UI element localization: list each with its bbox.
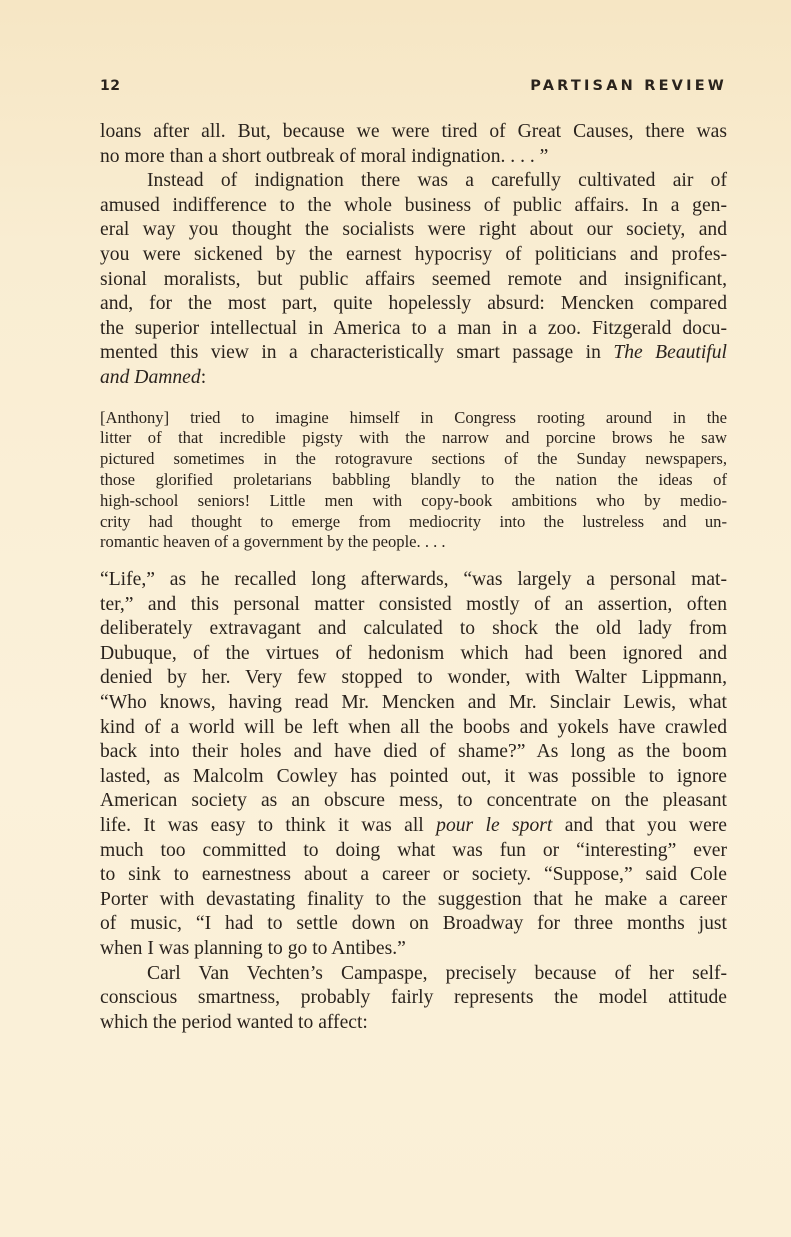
text-line: sional moralists, but public affairs see…: [100, 268, 727, 293]
running-title: PARTISAN REVIEW: [530, 78, 727, 94]
text-line: “Life,” as he recalled long afterwards, …: [100, 568, 727, 593]
text-line: much too committed to doing what was fun…: [100, 839, 727, 864]
text-line: the superior intellectual in America to …: [100, 317, 727, 342]
quote-line: pictured sometimes in the rotogravure se…: [100, 449, 727, 470]
text-line: denied by her. Very few stopped to wonde…: [100, 666, 727, 691]
page-number: 12: [100, 78, 120, 94]
text-line: “Who knows, having read Mr. Mencken and …: [100, 691, 727, 716]
quote-line: romantic heaven of a government by the p…: [100, 532, 727, 553]
text-line-with-italic: life. It was easy to think it was all po…: [100, 814, 727, 839]
text-line: kind of a world will be left when all th…: [100, 716, 727, 741]
paragraph-1: loans after all. But, because we were ti…: [100, 120, 727, 169]
quote-line: litter of that incredible pigsty with th…: [100, 428, 727, 449]
book-title-italic: and Damned: [100, 367, 201, 388]
paragraph-4: Carl Van Vechten’s Campaspe, precisely b…: [100, 962, 727, 1036]
text-fragment: and that you were: [552, 815, 727, 836]
text-line: Instead of indignation there was a caref…: [100, 169, 727, 194]
text-line: Porter with devastating finality to the …: [100, 888, 727, 913]
quote-line: crity had thought to emerge from mediocr…: [100, 512, 727, 533]
body-text: loans after all. But, because we were ti…: [100, 120, 727, 1035]
paragraph-3: “Life,” as he recalled long afterwards, …: [100, 568, 727, 962]
paragraph-2: Instead of indignation there was a caref…: [100, 169, 727, 390]
quote-line: those glorified proletarians babbling bl…: [100, 470, 727, 491]
text-fragment: mented this view in a characteristically…: [100, 342, 613, 363]
text-line: ter,” and this personal matter consisted…: [100, 593, 727, 618]
text-line: Dubuque, of the virtues of hedonism whic…: [100, 642, 727, 667]
text-line: back into their holes and have died of s…: [100, 740, 727, 765]
text-line: of music, “I had to settle down on Broad…: [100, 912, 727, 937]
text-line: Carl Van Vechten’s Campaspe, precisely b…: [100, 962, 727, 987]
block-quote: [Anthony] tried to imagine himself in Co…: [100, 408, 727, 554]
text-fragment: :: [201, 367, 206, 388]
book-title-italic: The Beautiful: [613, 342, 727, 363]
page-header: 12 PARTISAN REVIEW: [100, 78, 727, 100]
text-fragment: life. It was easy to think it was all: [100, 815, 436, 836]
text-line: and, for the most part, quite hopelessly…: [100, 292, 727, 317]
text-line-with-title: and Damned:: [100, 366, 727, 391]
text-line: when I was planning to go to Antibes.”: [100, 937, 727, 962]
text-line: amused indifference to the whole busines…: [100, 194, 727, 219]
italic-phrase: pour le sport: [436, 815, 552, 836]
text-line: American society as an obscure mess, to …: [100, 789, 727, 814]
quote-line: high-school seniors! Little men with cop…: [100, 491, 727, 512]
text-line: conscious smartness, probably fairly rep…: [100, 986, 727, 1011]
text-line: eral way you thought the socialists were…: [100, 218, 727, 243]
text-line: loans after all. But, because we were ti…: [100, 120, 727, 145]
text-line: you were sickened by the earnest hypocri…: [100, 243, 727, 268]
text-line: to sink to earnestness about a career or…: [100, 863, 727, 888]
quote-line: [Anthony] tried to imagine himself in Co…: [100, 408, 727, 429]
text-line: lasted, as Malcolm Cowley has pointed ou…: [100, 765, 727, 790]
text-line: which the period wanted to affect:: [100, 1011, 727, 1036]
text-line: no more than a short outbreak of moral i…: [100, 145, 727, 170]
text-line-with-title: mented this view in a characteristically…: [100, 341, 727, 366]
text-line: deliberately extravagant and calculated …: [100, 617, 727, 642]
